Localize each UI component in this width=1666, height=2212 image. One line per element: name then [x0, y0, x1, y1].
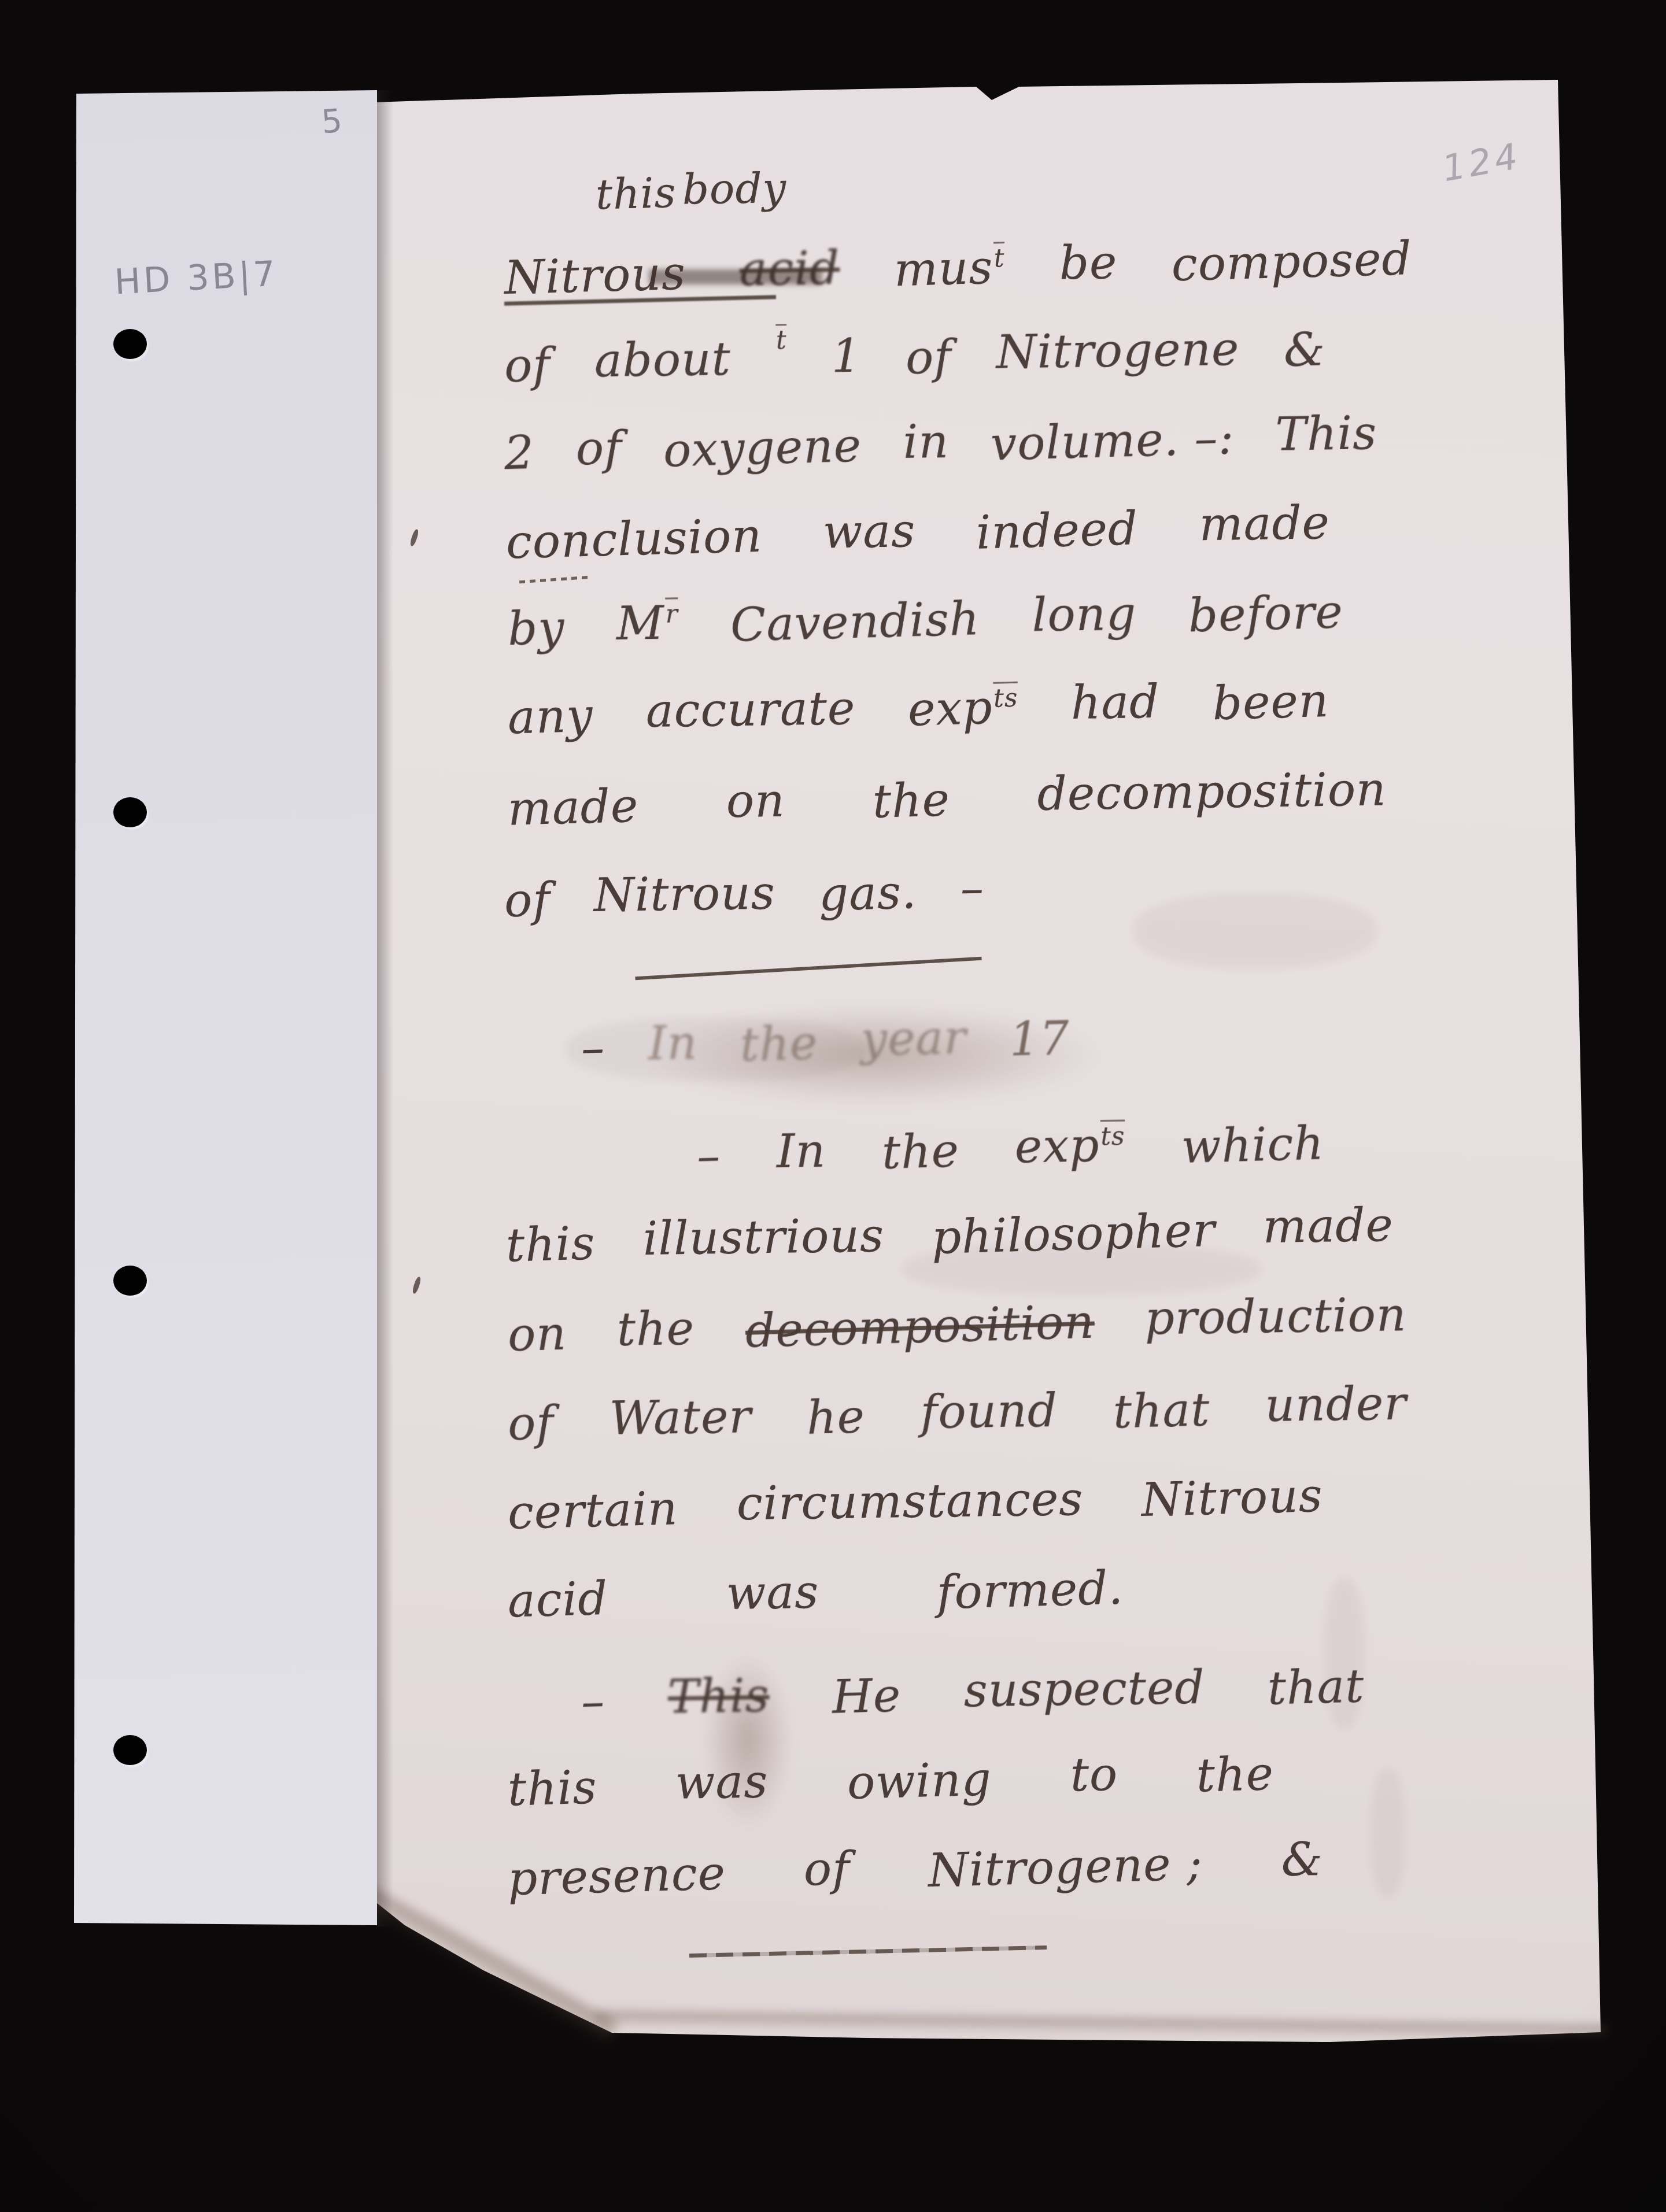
manuscript-word: This [1276, 410, 1378, 457]
manuscript-word: owing [846, 1756, 992, 1806]
manuscript-line: onthedecompositionproduction [507, 1292, 1407, 1356]
manuscript-word: by [507, 605, 566, 653]
manuscript-word: this [505, 1220, 596, 1268]
manuscript-word: – [696, 1133, 721, 1179]
manuscript-word: Water [609, 1393, 752, 1441]
manuscript-word: made [1262, 1202, 1394, 1250]
manuscript-word: expts [907, 684, 1019, 733]
manuscript-word: conclusion [505, 513, 763, 566]
manuscript-word: year [860, 1015, 967, 1063]
manuscript-word: & [1283, 326, 1325, 373]
manuscript-word: philosopher [931, 1207, 1216, 1261]
manuscript-word: any [507, 693, 594, 741]
ink-text-layer: thisbodyNitrousacidmustbecomposedofabout… [0, 0, 1666, 2212]
manuscript-word: Nitrogene [996, 326, 1240, 376]
manuscript-word: been [1211, 678, 1329, 727]
manuscript-line: 2ofoxygeneinvolume. –:This [504, 411, 1377, 475]
manuscript-word: on [726, 778, 785, 824]
manuscript-line: thisillustriousphilosophermade [505, 1203, 1394, 1267]
manuscript-line: anyaccurateexptshadbeen [507, 676, 1329, 739]
manuscript-word: that [1113, 1386, 1211, 1436]
manuscript-word: made [507, 783, 639, 833]
manuscript-word: he [806, 1393, 866, 1441]
manuscript-word: certain [507, 1485, 678, 1536]
manuscript-word: volume. –: [990, 415, 1235, 467]
manuscript-word: Nitrogene ; [928, 1840, 1203, 1894]
manuscript-line: thiswasowingtothe [507, 1749, 1274, 1811]
manuscript-word: He [832, 1672, 902, 1720]
manuscript-line: presenceofNitrogene ;& [507, 1837, 1323, 1900]
manuscript-word: illustrious [642, 1212, 884, 1262]
manuscript-word: suspected [963, 1664, 1205, 1714]
manuscript-word: the [881, 1127, 960, 1176]
manuscript-word: Mr [616, 600, 679, 646]
manuscript-word: In [776, 1128, 826, 1175]
manuscript-word: this [595, 172, 677, 216]
manuscript-word: on [507, 1311, 567, 1359]
manuscript-word: In [648, 1020, 697, 1067]
manuscript-word: the [617, 1305, 695, 1353]
manuscript-word: which [1181, 1120, 1325, 1170]
manuscript-word: of [575, 425, 622, 472]
manuscript-word: – [581, 1678, 605, 1725]
manuscript-word: in [903, 419, 949, 465]
manuscript-line: certaincircumstancesNitrous [507, 1471, 1323, 1534]
manuscript-word: this [507, 1764, 597, 1812]
manuscript-word: long [1032, 591, 1137, 639]
manuscript-word: – [960, 865, 984, 912]
manuscript-word: be [1059, 239, 1118, 286]
manuscript-line: ofaboutt1ofNitrogene& [504, 325, 1325, 387]
manuscript-word: was [726, 1569, 819, 1617]
manuscript-word: Cavendish [730, 595, 980, 649]
manuscript-word: – [581, 1024, 605, 1071]
manuscript-word: gas. [818, 869, 917, 918]
manuscript-word: decomposition [745, 1299, 1095, 1355]
manuscript-word: was [822, 508, 915, 555]
manuscript-word: t [774, 326, 787, 372]
manuscript-word: before [1188, 589, 1344, 639]
manuscript-word: found [920, 1388, 1058, 1436]
manuscript-word: the [872, 776, 951, 825]
manuscript-word: of [905, 334, 952, 381]
manuscript-word: decomposition [1037, 766, 1387, 817]
manuscript-word: 1 [831, 333, 862, 380]
manuscript-word: the [1196, 1751, 1275, 1799]
manuscript-word: 2 [504, 430, 535, 476]
manuscript-word: presence [507, 1850, 726, 1902]
manuscript-word: of [507, 1400, 555, 1447]
manuscript-word: that [1267, 1663, 1365, 1712]
manuscript-word: oxygene [663, 422, 862, 474]
manuscript-word: expts [1015, 1122, 1126, 1170]
ink-smear-acid [649, 269, 822, 284]
manuscript-word: This [667, 1673, 770, 1720]
manuscript-word: to [1070, 1751, 1118, 1798]
manuscript-photograph: 124 5 HD 3B|7 thisbodyNitrousacidmustbec… [0, 0, 1666, 2212]
manuscript-word: acid [507, 1575, 608, 1625]
manuscript-word: accurate [645, 685, 855, 734]
manuscript-line: ofNitrousgas.– [504, 866, 984, 922]
manuscript-line: –ThisHesuspectedthat [581, 1662, 1365, 1723]
manuscript-word: of [804, 1845, 851, 1892]
manuscript-line: –Intheexptswhich [696, 1119, 1324, 1178]
manuscript-line: conclusionwasindeedmade [505, 500, 1330, 563]
manuscript-word: composed [1171, 235, 1413, 288]
manuscript-word: circumstances [736, 1476, 1084, 1527]
manuscript-line: –Intheyear17 [581, 1013, 1070, 1070]
manuscript-word: had [1070, 679, 1160, 726]
manuscript-word: formed. [936, 1565, 1124, 1617]
manuscript-word: was [675, 1758, 769, 1806]
manuscript-word: & [1281, 1836, 1323, 1883]
manuscript-line: thisbody [595, 168, 786, 213]
manuscript-line: byMrCavendishlongbefore [507, 587, 1343, 650]
manuscript-word: indeed [976, 505, 1139, 556]
manuscript-word: about [594, 336, 732, 384]
manuscript-word: of [504, 342, 551, 389]
manuscript-line: acidwasformed. [507, 1564, 1124, 1622]
manuscript-word: must [893, 244, 1006, 293]
manuscript-word: of [504, 876, 551, 924]
manuscript-line: Nitrousacidmustbecomposed [504, 234, 1412, 298]
manuscript-word: 17 [1009, 1015, 1070, 1063]
manuscript-word: made [1199, 500, 1330, 548]
manuscript-word: under [1265, 1381, 1407, 1429]
manuscript-word: production [1145, 1292, 1408, 1341]
manuscript-word: Nitrous [593, 870, 775, 919]
manuscript-word: Nitrous [1141, 1473, 1324, 1523]
manuscript-line: ofWaterhefoundthatunder [507, 1381, 1407, 1445]
manuscript-word: body [682, 167, 786, 210]
manuscript-line: madeonthedecomposition [507, 767, 1387, 830]
manuscript-word: the [740, 1020, 818, 1068]
